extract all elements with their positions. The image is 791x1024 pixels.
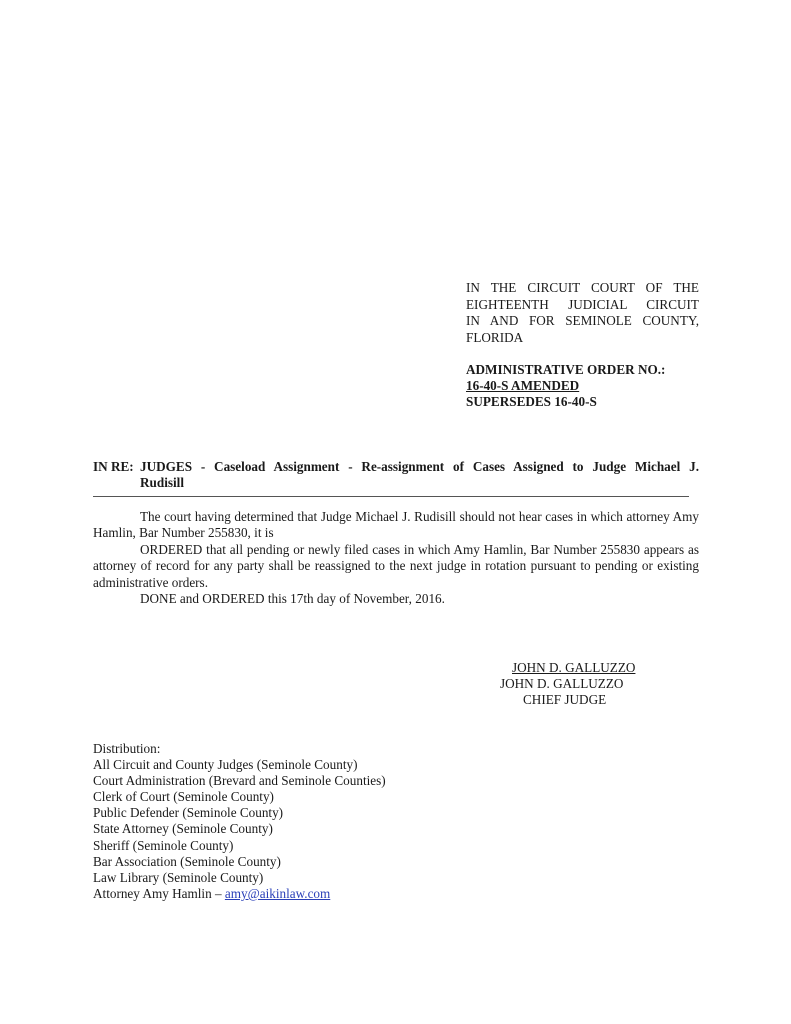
distribution-item: Sheriff (Seminole County) xyxy=(93,838,386,854)
distribution-item: Public Defender (Seminole County) xyxy=(93,805,386,821)
distribution-item: Attorney Amy Hamlin – amy@aikinlaw.com xyxy=(93,886,386,902)
caption-line: IN THE CIRCUIT COURT OF THE xyxy=(466,280,699,297)
attorney-label: Attorney Amy Hamlin – xyxy=(93,886,225,901)
court-caption: IN THE CIRCUIT COURT OF THE EIGHTEENTH J… xyxy=(466,280,699,410)
caption-line: FLORIDA xyxy=(466,330,699,347)
in-re-subject: JUDGES - Caseload Assignment - Re-assign… xyxy=(140,459,699,491)
distribution-list: Distribution: All Circuit and County Jud… xyxy=(93,741,386,902)
in-re-label: IN RE: xyxy=(93,459,134,475)
distribution-item: Clerk of Court (Seminole County) xyxy=(93,789,386,805)
signed-name: JOHN D. GALLUZZO xyxy=(512,660,635,675)
email-link[interactable]: amy@aikinlaw.com xyxy=(225,886,330,901)
distribution-item: All Circuit and County Judges (Seminole … xyxy=(93,757,386,773)
distribution-item: Law Library (Seminole County) xyxy=(93,870,386,886)
signature-block: JOHN D. GALLUZZO JOHN D. GALLUZZO CHIEF … xyxy=(480,660,680,708)
body-paragraph: The court having determined that Judge M… xyxy=(93,509,699,542)
distribution-item: Bar Association (Seminole County) xyxy=(93,854,386,870)
supersedes-text: SUPERSEDES 16-40-S xyxy=(466,394,699,410)
printed-name: JOHN D. GALLUZZO xyxy=(500,676,680,692)
caption-line: EIGHTEENTH JUDICIAL CIRCUIT xyxy=(466,297,699,314)
divider-line xyxy=(93,496,689,497)
caption-line: IN AND FOR SEMINOLE COUNTY, xyxy=(466,313,699,330)
body-paragraph: ORDERED that all pending or newly filed … xyxy=(93,542,699,591)
order-number: 16-40-S AMENDED xyxy=(466,378,579,393)
order-body: The court having determined that Judge M… xyxy=(93,509,699,607)
in-re-heading: IN RE: JUDGES - Caseload Assignment - Re… xyxy=(93,459,699,491)
order-block: ADMINISTRATIVE ORDER NO.: 16-40-S AMENDE… xyxy=(466,362,699,410)
distribution-heading: Distribution: xyxy=(93,741,386,757)
distribution-item: Court Administration (Brevard and Semino… xyxy=(93,773,386,789)
body-paragraph: DONE and ORDERED this 17th day of Novemb… xyxy=(93,591,699,607)
judge-title: CHIEF JUDGE xyxy=(523,692,680,708)
order-label: ADMINISTRATIVE ORDER NO.: xyxy=(466,362,699,378)
distribution-item: State Attorney (Seminole County) xyxy=(93,821,386,837)
